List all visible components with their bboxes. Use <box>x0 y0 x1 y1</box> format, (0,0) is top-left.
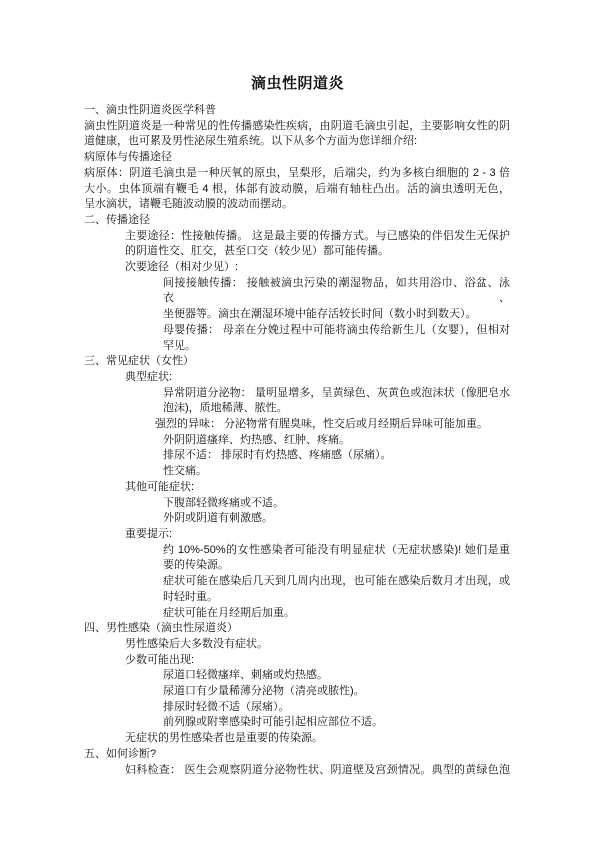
text-line: 外阴或阴道有刺激感。 <box>163 511 510 527</box>
text-line: 典型症状: <box>125 370 510 386</box>
text-line: 尿道口有少量稀薄分泌物（清亮或脓性)。 <box>163 684 510 700</box>
document-body: 一、滴虫性阴道炎医学科普滴虫性阴道炎是一种常见的性传播感染性疾病，由阴道毛滴虫引… <box>84 103 510 778</box>
text-line: 大小。虫体顶端有鞭毛 4 根，体部有波动膜，后端有轴柱凸出。活的滴虫透明无色， <box>84 182 510 198</box>
text-line: 外阴阴道瘙痒、灼热感、红肿、疼痛。 <box>163 433 510 449</box>
text-line: 症状可能在月经期后加重。 <box>163 606 510 622</box>
text-line: 病原体与传播途径 <box>84 150 510 166</box>
text-line: 病原体：阴道毛滴虫是一种厌氧的原虫，呈梨形，后端尖，约为多核白细胞的 2 - 3… <box>84 166 510 182</box>
text-line: 排尿不适： 排尿时有灼热感、疼痛感（尿痛）。 <box>163 448 510 464</box>
text-line: 的阴道性交、肛交，甚至口交（较少见）都可能传播。 <box>125 244 510 260</box>
text-line: 要的传染源。 <box>163 558 510 574</box>
text-line: 滴虫性阴道炎是一种常见的性传播感染性疾病，由阴道毛滴虫引起，主要影响女性的阴 <box>84 119 510 135</box>
text-line: 五、如何诊断? <box>84 747 510 763</box>
text-line: 道健康，也可累及男性泌尿生殖系统。以下从多个方面为您详细介绍: <box>84 134 510 150</box>
text-line: 排尿时轻微不适（尿痛）。 <box>163 700 510 716</box>
text-line: 三、常见症状（女性） <box>84 354 510 370</box>
text-line: 妇科检查： 医生会观察阴道分泌物性状、阴道壁及宫颈情况。典型的黄绿色泡 <box>125 763 510 779</box>
text-line: 症状可能在感染后几天到几周内出现，也可能在感染后数月才出现，或 <box>163 574 510 590</box>
text-line: 间接接触传播： 接触被滴虫污染的潮湿物品，如共用浴巾、浴盆、泳衣、 <box>163 276 510 307</box>
text-line: 坐便器等。滴虫在潮湿环境中能存活较长时间（数小时到数天）。 <box>163 307 510 323</box>
document-title: 滴虫性阴道炎 <box>0 72 595 96</box>
text-line: 呈水滴状，诸鞭毛随波动膜的波动而摆动。 <box>84 197 510 213</box>
text-line: 四、男性感染（滴虫性尿道炎） <box>84 621 510 637</box>
text-line: 重要提示: <box>125 527 510 543</box>
text-line: 泡沫)，质地稀薄、脓性。 <box>163 401 510 417</box>
text-line: 无症状的男性感染者也是重要的传染源。 <box>125 731 510 747</box>
text-line: 时轻时重。 <box>163 590 510 606</box>
text-line: 性交痛。 <box>163 464 510 480</box>
text-line: 异常阴道分泌物： 量明显增多，呈黄绿色、灰黄色或泡沫状（像肥皂水 <box>163 386 510 402</box>
text-line: 二、传播途径 <box>84 213 510 229</box>
text-line: 前列腺或附睾感染时可能引起相应部位不适。 <box>163 715 510 731</box>
text-line: 少数可能出现: <box>125 653 510 669</box>
text-line: 男性感染后大多数没有症状。 <box>125 637 510 653</box>
text-line: 一、滴虫性阴道炎医学科普 <box>84 103 510 119</box>
text-line: 下腹部轻微疼痛或不适。 <box>163 496 510 512</box>
text-line: 次要途径（相对少见）: <box>125 260 510 276</box>
text-line: 罕见。 <box>163 339 510 355</box>
document-page: 滴虫性阴道炎 一、滴虫性阴道炎医学科普滴虫性阴道炎是一种常见的性传播感染性疾病，… <box>0 0 595 841</box>
text-line: 约 10%-50%的女性感染者可能没有明显症状（无症状感染)! 她们是重 <box>163 543 510 559</box>
text-line: 其他可能症状: <box>125 480 510 496</box>
text-line: 主要途径：性接触传播。 这是最主要的传播方式。与已感染的伴侣发生无保护 <box>125 229 510 245</box>
text-line: 强烈的异味： 分泌物常有腥臭味，性交后或月经期后异味可能加重。 <box>155 417 510 433</box>
text-line: 母婴传播： 母亲在分娩过程中可能将滴虫传给新生儿（女婴），但相对 <box>163 323 510 339</box>
text-line: 尿道口轻微瘙痒、刺痛或灼热感。 <box>163 668 510 684</box>
